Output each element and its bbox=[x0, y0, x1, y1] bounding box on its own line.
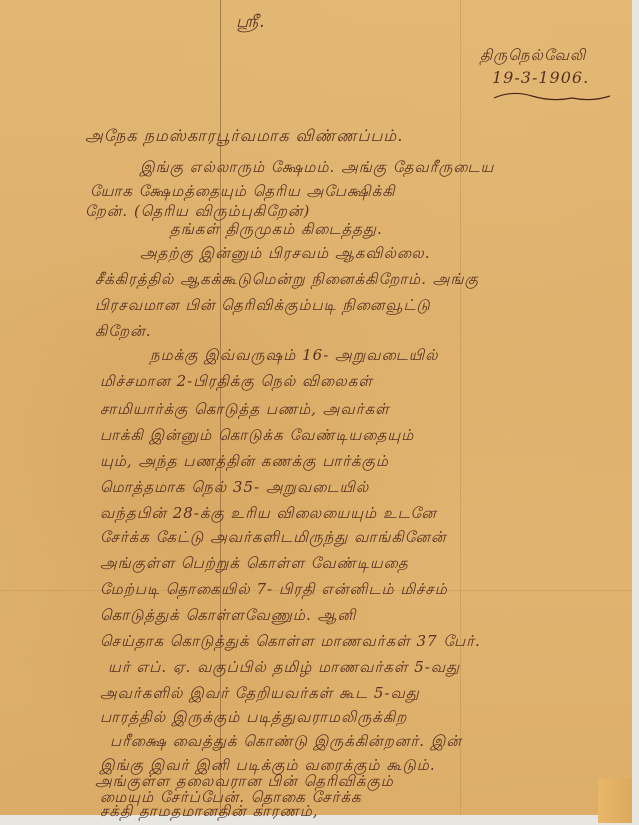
header-invocation-mark: ஸ்ரீ. bbox=[236, 12, 266, 34]
letter-line: சக்தி தாமதமானதின் காரணம், bbox=[100, 802, 319, 822]
letter-line: யோக க்ஷேமத்தையும் தெரிய அபேக்ஷிக்கி bbox=[90, 182, 396, 202]
letter-line: பரீக்ஷை வைத்துக் கொண்டு இருக்கின்றனர். இ… bbox=[110, 732, 462, 752]
letter-line: அதற்கு இன்னும் பிரசவம் ஆகவில்லை. bbox=[140, 244, 430, 264]
letter-line: சாமியார்க்கு கொடுத்த பணம், அவர்கள் bbox=[100, 400, 390, 420]
letter-line: சேர்க்க கேட்டு அவர்களிடமிருந்து வாங்கினே… bbox=[100, 528, 447, 548]
letter-line: யர் எப். ஏ. வகுப்பில் தமிழ் மாணவர்கள் 5-… bbox=[108, 658, 460, 678]
letter-line: செய்தாக கொடுத்துக் கொள்ள மாணவர்கள் 37 பே… bbox=[100, 632, 481, 652]
paper-patch bbox=[598, 778, 632, 823]
letter-line: கொடுத்துக் கொள்ளவேணும். ஆனி bbox=[100, 606, 356, 626]
letter-page: ஸ்ரீ. திருநெல்வேலி 19-3-1906. அநேக நமஸ்க… bbox=[0, 0, 632, 815]
letter-line: றேன். (தெரிய விரும்புகிறேன்) bbox=[85, 202, 310, 222]
letter-line: கிறேன். bbox=[95, 322, 151, 342]
letter-line: மிச்சமான 2-பிரதிக்கு நெல் விலைகள் bbox=[100, 372, 373, 392]
letter-line: பிரசவமான பின் தெரிவிக்கும்படி நினைவூட்டு bbox=[95, 296, 431, 316]
letter-line: நமக்கு இவ்வருஷம் 16- அறுவடையில் bbox=[150, 346, 439, 366]
fold-crease-vertical-faint bbox=[460, 0, 461, 815]
salutation: அநேக நமஸ்காரபூர்வமாக விண்ணப்பம். bbox=[85, 126, 403, 147]
date-underline-flourish bbox=[492, 90, 612, 104]
letter-line: இங்கு எல்லாரும் க்ஷேமம். அங்கு தேவரீருடை… bbox=[140, 158, 494, 178]
letter-line: அங்குள்ள பெற்றுக் கொள்ள வேண்டியதை bbox=[100, 554, 409, 574]
letter-line: தங்கள் திருமுகம் கிடைத்தது. bbox=[170, 220, 383, 240]
letter-line: சீக்கிரத்தில் ஆகக்கூடுமென்று நினைக்கிறோம… bbox=[95, 270, 479, 290]
letter-line: பாக்கி இன்னும் கொடுக்க வேண்டியதையும் bbox=[100, 426, 414, 446]
letter-line: யும், அந்த பணத்தின் கணக்கு பார்க்கும் bbox=[100, 452, 389, 472]
letter-date: 19-3-1906. bbox=[492, 68, 589, 87]
letter-line: வந்தபின் 28-க்கு உரிய விலையையும் உடனே bbox=[100, 504, 437, 524]
letter-line: பாரத்தில் இருக்கும் படித்துவராமலிருக்கிற bbox=[100, 708, 407, 728]
letter-line: மொத்தமாக நெல் 35- அறுவடையில் bbox=[100, 478, 369, 498]
letter-place: திருநெல்வேலி bbox=[480, 46, 586, 66]
letter-line: மேற்படி தொகையில் 7- பிரதி என்னிடம் மிச்ச… bbox=[100, 580, 448, 600]
letter-line: அவர்களில் இவர் தேறியவர்கள் கூட 5-வது bbox=[100, 684, 420, 704]
